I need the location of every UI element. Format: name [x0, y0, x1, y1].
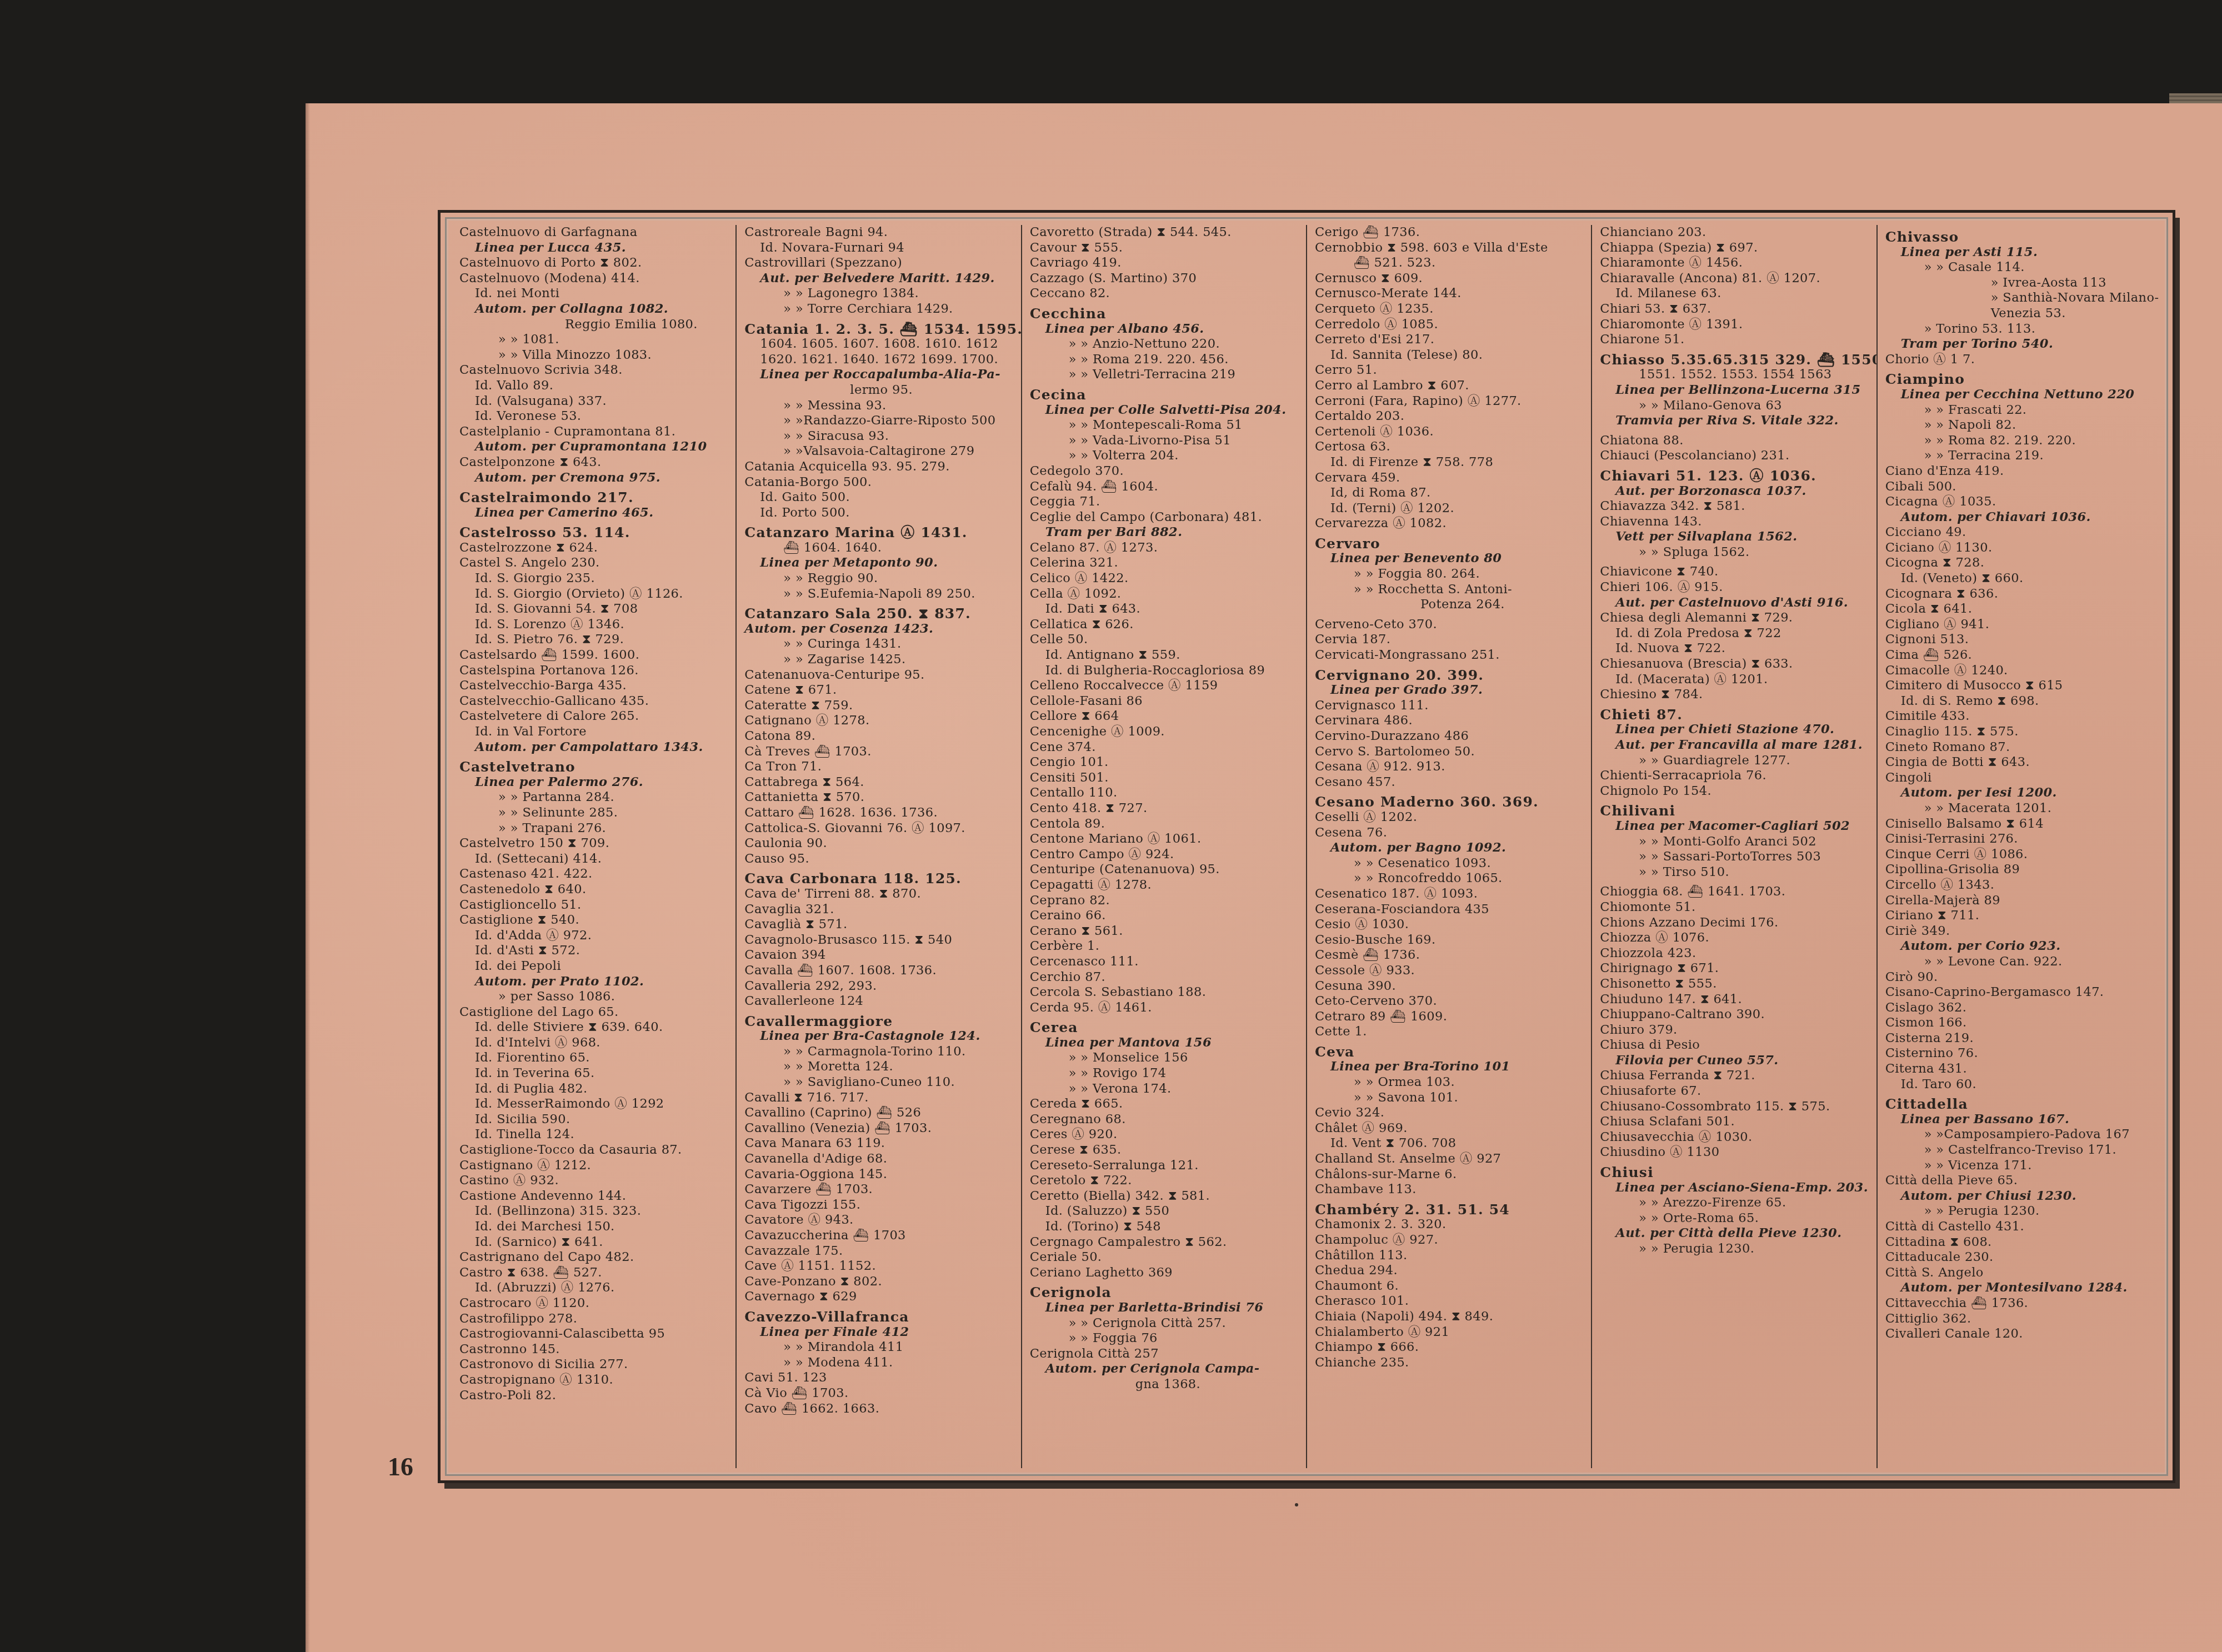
index-entry: Id. di S. Remo ⧗ 698. — [1885, 694, 2156, 709]
index-entry: Cerroni (Fara, Rapino) Ⓐ 1277. — [1315, 394, 1585, 409]
index-entry: Castrogiovanni-Calascibetta 95 — [459, 1326, 730, 1342]
index-entry: Linea per Bellinzona-Lucerna 315 — [1600, 383, 1870, 398]
index-entry: Cerro 51. — [1315, 363, 1585, 378]
index-entry: » » Velletri-Terracina 219 — [1030, 367, 1300, 383]
index-entry: Chiusa Sclafani 501. — [1600, 1114, 1870, 1130]
index-entry: Chaumont 6. — [1315, 1279, 1585, 1294]
index-entry: » » Monti-Golfo Aranci 502 — [1600, 834, 1870, 850]
index-entry: Castiglioncello 51. — [459, 898, 730, 913]
index-entry: » » Perugia 1230. — [1885, 1204, 2156, 1219]
index-entry: Potenza 264. — [1315, 597, 1585, 613]
index-entry: Cesio Ⓐ 1030. — [1315, 917, 1585, 933]
index-entry: Tram per Torino 540. — [1885, 337, 2156, 352]
index-entry: Cervarezza Ⓐ 1082. — [1315, 516, 1585, 532]
index-entry: Chiusa di Pesio — [1600, 1038, 1870, 1053]
index-heading-entry: Chiusi — [1600, 1165, 1870, 1180]
index-entry: Cimitile 433. — [1885, 709, 2156, 724]
index-entry: Linea per Finale 412 — [744, 1325, 1015, 1340]
index-heading-entry: Catanzaro Sala 250. ⧗ 837. — [744, 606, 1015, 622]
index-entry: Chianciano 203. — [1600, 225, 1870, 241]
index-entry: » » Vicenza 171. — [1885, 1158, 2156, 1174]
index-entry: Id. di Bulgheria-Roccagloriosa 89 — [1030, 663, 1300, 679]
index-entry: Castione Andevenno 144. — [459, 1189, 730, 1204]
index-entry: Ceriale 50. — [1030, 1250, 1300, 1265]
index-entry: Caulonia 90. — [744, 836, 1015, 852]
index-entry: » » Rocchetta S. Antoni- — [1315, 582, 1585, 598]
index-entry: Ceccano 82. — [1030, 286, 1300, 302]
index-entry: Cingoli — [1885, 770, 2156, 786]
index-entry: Castro ⧗ 638. ⛴ 527. — [459, 1265, 730, 1281]
index-entry: Chialamberto Ⓐ 921 — [1315, 1325, 1585, 1340]
index-entry: Id. nei Monti — [459, 286, 730, 302]
index-entry: » » Monselice 156 — [1030, 1050, 1300, 1066]
index-entry: » » Messina 93. — [744, 398, 1015, 414]
index-entry: Autom. per Cerignola Campa- — [1030, 1361, 1300, 1377]
index-entry: » » 1081. — [459, 332, 730, 348]
index-entry: » » Milano-Genova 63 — [1600, 398, 1870, 414]
index-entry: Cittiglio 362. — [1885, 1311, 2156, 1327]
index-entry: Cernusco ⧗ 609. — [1315, 271, 1585, 287]
index-heading-entry: Cerignola — [1030, 1285, 1300, 1300]
index-column-3: Cavoretto (Strada) ⧗ 544. 545.Cavour ⧗ 5… — [1022, 225, 1307, 1468]
page-left-edge — [306, 103, 310, 1652]
index-heading-entry: Cesano Maderno 360. 369. — [1315, 794, 1585, 810]
index-entry: gna 1368. — [1030, 1377, 1300, 1393]
index-entry: Id. (Macerata) Ⓐ 1201. — [1600, 672, 1870, 688]
index-entry: Cavallino (Venezia) ⛴ 1703. — [744, 1121, 1015, 1137]
index-entry: Chiaromonte Ⓐ 1391. — [1600, 317, 1870, 333]
index-entry: Celerina 321. — [1030, 555, 1300, 571]
index-entry: Cavagnolo-Brusasco 115. ⧗ 540 — [744, 933, 1015, 948]
index-entry: Autom. per Bagno 1092. — [1315, 840, 1585, 856]
index-entry: Id. Sicilia 590. — [459, 1112, 730, 1128]
index-entry: Castroreale Bagni 94. — [744, 225, 1015, 241]
index-entry: Castiglione del Lago 65. — [459, 1005, 730, 1020]
index-entry: » » Zagarise 1425. — [744, 652, 1015, 668]
index-heading-entry: Castelvetrano — [459, 759, 730, 775]
index-entry: Cervignasco 111. — [1315, 698, 1585, 714]
index-entry: Castelponzone ⧗ 643. — [459, 455, 730, 470]
index-entry: » » Napoli 82. — [1885, 418, 2156, 433]
index-entry: » » Roncofreddo 1065. — [1315, 871, 1585, 887]
index-entry: Chiusdino Ⓐ 1130 — [1600, 1145, 1870, 1160]
index-entry: Id. (Settecani) 414. — [459, 852, 730, 867]
index-column-2: Castroreale Bagni 94.Id. Novara-Furnari … — [737, 225, 1022, 1468]
index-entry: Cimacolle Ⓐ 1240. — [1885, 663, 2156, 679]
index-entry: Linea per Grado 397. — [1315, 683, 1585, 698]
index-entry: Autom. per Chiavari 1036. — [1885, 510, 2156, 525]
index-entry: Cavalla ⛴ 1607. 1608. 1736. — [744, 963, 1015, 979]
index-entry: Cisternino 76. — [1885, 1046, 2156, 1062]
index-entry: Cicola ⧗ 641. — [1885, 602, 2156, 617]
index-entry: Cereda ⧗ 665. — [1030, 1097, 1300, 1112]
index-entry: Chiarone 51. — [1600, 332, 1870, 348]
index-entry: Cavallerleone 124 — [744, 994, 1015, 1009]
index-heading-entry: Ceva — [1315, 1044, 1585, 1060]
index-entry: » » Mirandola 411 — [744, 1340, 1015, 1355]
index-entry: Cernusco-Merate 144. — [1315, 286, 1585, 302]
index-entry: Cavi 51. 123 — [744, 1370, 1015, 1386]
index-entry: Cava de' Tirreni 88. ⧗ 870. — [744, 887, 1015, 902]
index-entry: » »Camposampiero-Padova 167 — [1885, 1127, 2156, 1143]
index-entry: Id. di Firenze ⧗ 758. 778 — [1315, 455, 1585, 470]
index-entry: Chiampo ⧗ 666. — [1315, 1340, 1585, 1355]
index-entry: Centuripe (Catenanuova) 95. — [1030, 862, 1300, 878]
index-entry: Castelspina Portanova 126. — [459, 663, 730, 679]
index-entry: Castiglione-Tocco da Casauria 87. — [459, 1143, 730, 1158]
index-entry: Id. MesserRaimondo Ⓐ 1292 — [459, 1097, 730, 1112]
index-entry: Cipollina-Grisolia 89 — [1885, 862, 2156, 878]
index-entry: Id. S. Giovanni 54. ⧗ 708 — [459, 602, 730, 617]
index-entry: Cesio-Busche 169. — [1315, 933, 1585, 948]
index-entry: » » Curinga 1431. — [744, 637, 1015, 652]
index-entry: Cigliano Ⓐ 941. — [1885, 617, 2156, 633]
index-entry: Id. Tinella 124. — [459, 1127, 730, 1143]
index-entry: Linea per Mantova 156 — [1030, 1035, 1300, 1051]
index-entry: Chiusaforte 67. — [1600, 1084, 1870, 1099]
index-entry: Challand St. Anselme Ⓐ 927 — [1315, 1152, 1585, 1167]
index-entry: Cervara 459. — [1315, 470, 1585, 486]
index-entry: Celle 50. — [1030, 632, 1300, 648]
index-entry: Castelnuovo di Garfagnana — [459, 225, 730, 241]
index-entry: Cesano 457. — [1315, 775, 1585, 790]
index-heading-entry: Chambéry 2. 31. 51. 54 — [1315, 1202, 1585, 1218]
index-entry: » » Vada-Livorno-Pisa 51 — [1030, 433, 1300, 449]
index-entry: Ceprano 82. — [1030, 893, 1300, 909]
index-entry: » »Valsavoia-Caltagirone 279 — [744, 444, 1015, 459]
index-entry: Chiaramonte Ⓐ 1456. — [1600, 256, 1870, 271]
index-entry: 1551. 1552. 1553. 1554 1563 — [1600, 367, 1870, 383]
index-entry: Cave Ⓐ 1151. 1152. — [744, 1259, 1015, 1274]
index-entry: Cevio 324. — [1315, 1105, 1585, 1121]
index-entry: Cella Ⓐ 1092. — [1030, 587, 1300, 602]
index-entry: Chiesa degli Alemanni ⧗ 729. — [1600, 610, 1870, 626]
index-entry: Castino Ⓐ 932. — [459, 1173, 730, 1189]
index-entry: Id. (Torino) ⧗ 548 — [1030, 1219, 1300, 1235]
index-entry: 1620. 1621. 1640. 1672 1699. 1700. — [744, 352, 1015, 368]
index-entry: Autom. per Cupramontana 1210 — [459, 439, 730, 455]
index-entry: Cercola S. Sebastiano 188. — [1030, 985, 1300, 1000]
index-entry: Id. d'Asti ⧗ 572. — [459, 943, 730, 959]
index-entry: Cerigo ⛴ 1736. — [1315, 225, 1585, 241]
index-entry: Ceretolo ⧗ 722. — [1030, 1173, 1300, 1189]
index-entry: Cesuna 390. — [1315, 979, 1585, 994]
index-entry: Castronovo di Sicilia 277. — [459, 1357, 730, 1373]
index-entry: Id. dei Marchesi 150. — [459, 1219, 730, 1235]
index-entry: Castrocaro Ⓐ 1120. — [459, 1296, 730, 1311]
index-entry: Cavazzale 175. — [744, 1244, 1015, 1259]
index-entry: Cibali 500. — [1885, 479, 2156, 495]
index-entry: Linea per Lucca 435. — [459, 241, 730, 256]
index-entry: Cislago 362. — [1885, 1000, 2156, 1016]
index-entry: » » Levone Can. 922. — [1885, 954, 2156, 970]
index-entry: Aut. per Borzonasca 1037. — [1600, 484, 1870, 499]
index-entry: » » Cerignola Città 257. — [1030, 1316, 1300, 1331]
index-entry: Autom. per Cremona 975. — [459, 470, 730, 486]
index-entry: Id, di Roma 87. — [1315, 485, 1585, 501]
index-heading-entry: Castelraimondo 217. — [459, 490, 730, 505]
index-entry: ⛴ 521. 523. — [1315, 256, 1585, 271]
index-entry: Id. d'Intelvi Ⓐ 968. — [459, 1035, 730, 1051]
index-entry: Castel S. Angelo 230. — [459, 555, 730, 571]
index-entry: Id. in Val Fortore — [459, 724, 730, 740]
index-entry: Chiauci (Pescolanciano) 231. — [1600, 448, 1870, 464]
index-entry: lermo 95. — [744, 383, 1015, 398]
index-entry: Reggio Emilia 1080. — [459, 317, 730, 333]
index-entry: Aut. per Castelnuovo d'Asti 916. — [1600, 595, 1870, 611]
index-entry: Id. delle Stiviere ⧗ 639. 640. — [459, 1020, 730, 1035]
index-entry: Ceres Ⓐ 920. — [1030, 1127, 1300, 1143]
index-entry: Cesenatico 187. Ⓐ 1093. — [1315, 887, 1585, 902]
index-entry: Chirignago ⧗ 671. — [1600, 961, 1870, 977]
index-entry: Ca Tron 71. — [744, 759, 1015, 775]
index-entry: Id. S. Giorgio 235. — [459, 571, 730, 587]
index-entry: Cette 1. — [1315, 1024, 1585, 1040]
index-entry: Ciriano ⧗ 711. — [1885, 908, 2156, 924]
index-entry: Cellatica ⧗ 626. — [1030, 617, 1300, 633]
index-entry: Cicciano 49. — [1885, 525, 2156, 540]
index-entry: » » Volterra 204. — [1030, 448, 1300, 464]
index-entry: Cittadina ⧗ 608. — [1885, 1235, 2156, 1250]
index-entry: » » Tirso 510. — [1600, 865, 1870, 880]
index-entry: Cavernago ⧗ 629 — [744, 1289, 1015, 1305]
index-heading-entry: Cavallermaggiore — [744, 1014, 1015, 1029]
index-entry: Linea per Benevento 80 — [1315, 551, 1585, 567]
index-entry: Cesena 76. — [1315, 825, 1585, 841]
index-entry: 1604. 1605. 1607. 1608. 1610. 1612 — [744, 337, 1015, 352]
index-entry: Cervino-Durazzano 486 — [1315, 729, 1585, 744]
index-heading-entry: Cerea — [1030, 1020, 1300, 1035]
index-entry: Linea per Chieti Stazione 470. — [1600, 722, 1870, 738]
index-entry: Tram per Bari 882. — [1030, 525, 1300, 540]
index-entry: Chiatona 88. — [1600, 433, 1870, 449]
index-entry: » » Reggio 90. — [744, 571, 1015, 587]
index-entry: Chiaravalle (Ancona) 81. Ⓐ 1207. — [1600, 271, 1870, 287]
index-entry: » » S.Eufemia-Napoli 89 250. — [744, 587, 1015, 602]
index-entry: Id. Sannita (Telese) 80. — [1315, 348, 1585, 363]
index-entry: Id. S. Pietro 76. ⧗ 729. — [459, 632, 730, 648]
index-entry: Id. d'Adda Ⓐ 972. — [459, 928, 730, 944]
index-entry: Autom. per Iesi 1200. — [1885, 785, 2156, 801]
index-entry: Cernobbio ⧗ 598. 603 e Villa d'Este — [1315, 241, 1585, 256]
index-entry: Linea per Colle Salvetti-Pisa 204. — [1030, 403, 1300, 418]
index-entry: » »Randazzo-Giarre-Riposto 500 — [744, 413, 1015, 429]
index-entry: Certosa 63. — [1315, 439, 1585, 455]
index-entry: Cisano-Caprino-Bergamasco 147. — [1885, 985, 2156, 1000]
index-entry: Chienti-Serracapriola 76. — [1600, 768, 1870, 784]
index-entry: Chions Azzano Decimi 176. — [1600, 915, 1870, 931]
index-entry: Ceserana-Fosciandora 435 — [1315, 902, 1585, 918]
index-entry: Città della Pieve 65. — [1885, 1173, 2156, 1189]
index-entry: » » Modena 411. — [744, 1355, 1015, 1371]
index-entry: Venezia 53. — [1885, 306, 2156, 322]
index-entry: Cessole Ⓐ 933. — [1315, 963, 1585, 979]
index-entry: » » Trapani 276. — [459, 821, 730, 837]
index-entry: Cefalù 94. ⛴ 1604. — [1030, 479, 1300, 495]
index-entry: Cave-Ponzano ⧗ 802. — [744, 1274, 1015, 1290]
index-entry: Cingia de Botti ⧗ 643. — [1885, 755, 2156, 770]
index-entry: Cercenasco 111. — [1030, 954, 1300, 970]
index-heading-entry: Chivasso — [1885, 229, 2156, 245]
index-entry: Città S. Angelo — [1885, 1265, 2156, 1281]
index-entry: » » Castelfranco-Treviso 171. — [1885, 1143, 2156, 1158]
index-entry: Cavalli ⧗ 716. 717. — [744, 1090, 1015, 1106]
index-entry: Castrofilippo 278. — [459, 1311, 730, 1327]
index-entry: Autom. per Chiusi 1230. — [1885, 1189, 2156, 1204]
index-entry: Chiomonte 51. — [1600, 900, 1870, 915]
index-entry: » » Spluga 1562. — [1600, 545, 1870, 560]
index-entry: Cerese ⧗ 635. — [1030, 1143, 1300, 1158]
index-entry: » » Carmagnola-Torino 110. — [744, 1044, 1015, 1060]
index-entry: Centro Campo Ⓐ 924. — [1030, 847, 1300, 863]
index-entry: » » Orte-Roma 65. — [1600, 1211, 1870, 1227]
index-column-4: Cerigo ⛴ 1736.Cernobbio ⧗ 598. 603 e Vil… — [1307, 225, 1592, 1468]
index-entry: Ciano d'Enza 419. — [1885, 464, 2156, 479]
index-entry: Cervicati-Mongrassano 251. — [1315, 648, 1585, 663]
index-entry: Id. S. Lorenzo Ⓐ 1346. — [459, 617, 730, 633]
index-entry: » » Rovigo 174 — [1030, 1066, 1300, 1082]
index-entry: Cento 418. ⧗ 727. — [1030, 801, 1300, 817]
index-entry: Autom. per Cosenza 1423. — [744, 622, 1015, 637]
index-entry: Chambave 113. — [1315, 1182, 1585, 1198]
index-entry: » » Villa Minozzo 1083. — [459, 348, 730, 363]
index-entry: Id. (Sarnico) ⧗ 641. — [459, 1235, 730, 1250]
index-entry: ⛴ 1604. 1640. — [744, 540, 1015, 556]
index-entry: » » Cesenatico 1093. — [1315, 856, 1585, 872]
index-entry: Id. in Teverina 65. — [459, 1066, 730, 1082]
index-entry: Chorio Ⓐ 1 7. — [1885, 352, 2156, 368]
index-entry: Ceglie del Campo (Carbonara) 481. — [1030, 510, 1300, 525]
index-entry: » » Arezzo-Firenze 65. — [1600, 1195, 1870, 1211]
index-entry: » » Roma 82. 219. 220. — [1885, 433, 2156, 449]
index-entry: » » Sassari-PortoTorres 503 — [1600, 849, 1870, 865]
index-heading-entry: Chieti 87. — [1600, 707, 1870, 723]
index-entry: Cavaglià ⧗ 571. — [744, 917, 1015, 933]
index-entry: Ceto-Cerveno 370. — [1315, 994, 1585, 1009]
index-entry: Cavriago 419. — [1030, 256, 1300, 271]
index-entry: » » Montepescali-Roma 51 — [1030, 418, 1300, 433]
index-entry: » » Terracina 219. — [1885, 448, 2156, 464]
index-entry: Cittavecchia ⛴ 1736. — [1885, 1296, 2156, 1311]
index-entry: Cerqueto Ⓐ 1235. — [1315, 302, 1585, 317]
index-entry: Cavaria-Oggiona 145. — [744, 1167, 1015, 1183]
index-entry: Chiappa (Spezia) ⧗ 697. — [1600, 241, 1870, 256]
index-entry: Linea per Albano 456. — [1030, 322, 1300, 337]
index-entry: Cismon 166. — [1885, 1015, 2156, 1031]
index-entry: Castrovillari (Spezzano) — [744, 256, 1015, 271]
index-entry: Censiti 501. — [1030, 770, 1300, 786]
index-entry: » » Selinunte 285. — [459, 805, 730, 821]
index-entry: Cicagna Ⓐ 1035. — [1885, 494, 2156, 510]
index-entry: Causo 95. — [744, 852, 1015, 867]
index-entry: Id. Fiorentino 65. — [459, 1050, 730, 1066]
index-heading-entry: Chilivani — [1600, 803, 1870, 819]
index-entry: Chiozza Ⓐ 1076. — [1600, 930, 1870, 946]
index-entry: Cerro al Lambro ⧗ 607. — [1315, 378, 1585, 394]
index-entry: » per Sasso 1086. — [459, 989, 730, 1005]
index-entry: Linea per Bra-Castagnole 124. — [744, 1029, 1015, 1044]
index-entry: Cavoretto (Strada) ⧗ 544. 545. — [1030, 225, 1300, 241]
index-entry: Cellole-Fasani 86 — [1030, 694, 1300, 709]
index-entry: Castelplanio - Cupramontana 81. — [459, 424, 730, 440]
index-entry: Chiusa Ferranda ⧗ 721. — [1600, 1068, 1870, 1084]
index-entry: Ceriano Laghetto 369 — [1030, 1265, 1300, 1281]
index-entry: » » Guardiagrele 1277. — [1600, 753, 1870, 769]
index-entry: Cimitero di Musocco ⧗ 615 — [1885, 678, 2156, 694]
index-heading-entry: Cecina — [1030, 387, 1300, 403]
index-entry: Ceggia 71. — [1030, 494, 1300, 510]
index-entry: Chiuro 379. — [1600, 1023, 1870, 1038]
index-entry: Cattolica-S. Giovanni 76. Ⓐ 1097. — [744, 821, 1015, 837]
index-heading-entry: Catania 1. 2. 3. 5. ⛴ 1534. 1595. — [744, 322, 1015, 337]
index-entry: Civalleri Canale 120. — [1885, 1326, 2156, 1342]
index-entry: Castelsardo ⛴ 1599. 1600. — [459, 648, 730, 663]
index-entry: Cattabrega ⧗ 564. — [744, 775, 1015, 790]
index-entry: Linea per Bra-Torino 101 — [1315, 1059, 1585, 1075]
index-entry: Cencenighe Ⓐ 1009. — [1030, 724, 1300, 740]
index-entry: Cazzago (S. Martino) 370 — [1030, 271, 1300, 287]
index-entry: Certenoli Ⓐ 1036. — [1315, 424, 1585, 440]
index-heading-entry: Chiavari 51. 123. Ⓐ 1036. — [1600, 468, 1870, 484]
index-entry: Catenanuova-Centuripe 95. — [744, 668, 1015, 683]
index-entry: Cattaro ⛴ 1628. 1636. 1736. — [744, 805, 1015, 821]
index-entry: Catignano Ⓐ 1278. — [744, 713, 1015, 729]
index-entry: Cateratte ⧗ 759. — [744, 698, 1015, 714]
index-entry: Id. Milanese 63. — [1600, 286, 1870, 302]
index-entry: Chisonetto ⧗ 555. — [1600, 977, 1870, 992]
index-entry: Ciriè 349. — [1885, 924, 2156, 939]
index-entry: Cirò 90. — [1885, 970, 2156, 985]
index-entry: Id. S. Giorgio (Orvieto) Ⓐ 1126. — [459, 587, 730, 602]
index-entry: Citerna 431. — [1885, 1062, 2156, 1077]
index-heading-entry: Castelrosso 53. 114. — [459, 525, 730, 540]
index-entry: Linea per Roccapalumba-Alia-Pa- — [744, 367, 1015, 383]
index-entry: » » Verona 174. — [1030, 1082, 1300, 1097]
index-entry: Ceretto (Biella) 342. ⧗ 581. — [1030, 1189, 1300, 1204]
index-entry: Castelnuovo di Porto ⧗ 802. — [459, 256, 730, 271]
index-entry: Ceselli Ⓐ 1202. — [1315, 810, 1585, 825]
index-entry: Cene 374. — [1030, 740, 1300, 755]
index-entry: Cedegolo 370. — [1030, 464, 1300, 479]
index-column-1: Castelnuovo di GarfagnanaLinea per Lucca… — [452, 225, 737, 1468]
index-entry: Linea per Bassano 167. — [1885, 1112, 2156, 1128]
index-entry: Città di Castello 431. — [1885, 1219, 2156, 1235]
index-entry: Chedua 294. — [1315, 1263, 1585, 1279]
index-entry: » » Torre Cerchiara 1429. — [744, 302, 1015, 317]
index-entry: Cerda 95. Ⓐ 1461. — [1030, 1000, 1300, 1016]
index-entry: Castelvecchio-Barga 435. — [459, 678, 730, 694]
index-entry: Tramvia per Riva S. Vitale 322. — [1600, 413, 1870, 429]
index-entry: Chiusano-Cossombrato 115. ⧗ 575. — [1600, 1099, 1870, 1115]
index-entry: Linea per Asti 115. — [1885, 245, 2156, 261]
index-entry: Id. Veronese 53. — [459, 409, 730, 424]
index-entry: Cavo ⛴ 1662. 1663. — [744, 1401, 1015, 1417]
index-heading-entry: Cittadella — [1885, 1097, 2156, 1112]
index-entry: » » Foggia 80. 264. — [1315, 567, 1585, 582]
index-entry: Cervo S. Bartolomeo 50. — [1315, 744, 1585, 760]
index-entry: » » Macerata 1201. — [1885, 801, 2156, 817]
index-heading-entry: Cervignano 20. 399. — [1315, 668, 1585, 683]
index-entry: Id. (Valsugana) 337. — [459, 394, 730, 409]
index-entry: Castelvetere di Calore 265. — [459, 709, 730, 724]
index-entry: Id. Dati ⧗ 643. — [1030, 602, 1300, 617]
index-entry: Castelrozzone ⧗ 624. — [459, 540, 730, 556]
index-entry: Castronno 145. — [459, 1342, 730, 1358]
index-entry: » » Casale 114. — [1885, 260, 2156, 276]
index-entry: Id. dei Pepoli — [459, 959, 730, 974]
index-entry: » Torino 53. 113. — [1885, 322, 2156, 337]
index-entry: Id. Novara-Furnari 94 — [744, 241, 1015, 256]
